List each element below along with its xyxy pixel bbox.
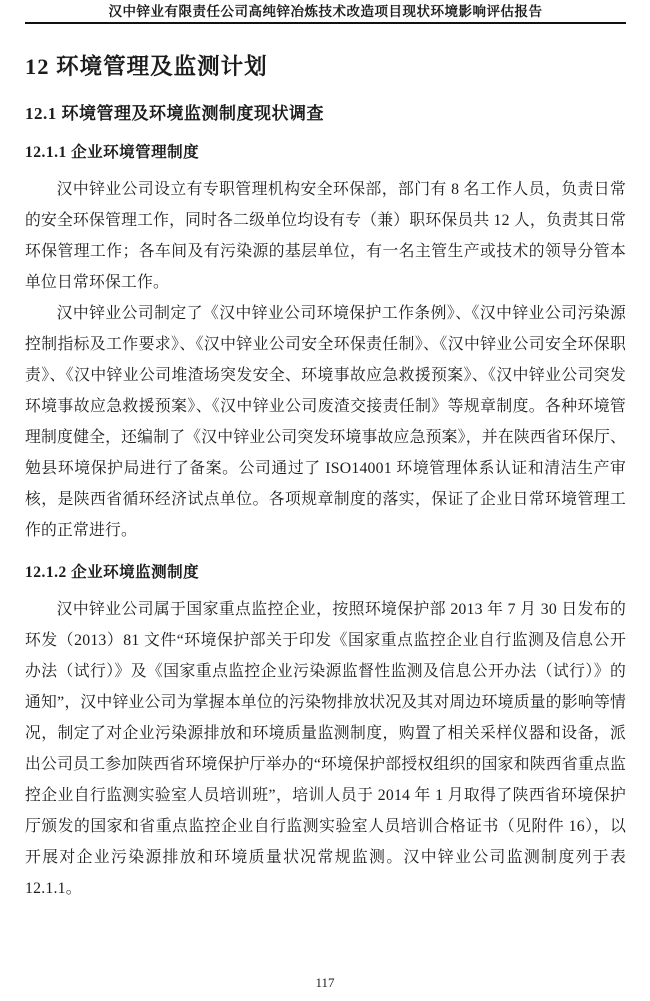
running-header: 汉中锌业有限责任公司高纯锌冶炼技术改造项目现状环境影响评估报告 xyxy=(25,5,626,19)
page-number: 117 xyxy=(0,975,650,991)
document-page: 汉中锌业有限责任公司高纯锌冶炼技术改造项目现状环境影响评估报告 12 环境管理及… xyxy=(0,0,650,1001)
paragraph-management-staff: 汉中锌业公司设立有专职管理机构安全环保部，部门有 8 名工作人员，负责日常的安全… xyxy=(25,174,626,298)
subsection-title-12-1-1: 12.1.1 企业环境管理制度 xyxy=(25,142,626,164)
header-rule xyxy=(25,22,626,24)
paragraph-management-rules: 汉中锌业公司制定了《汉中锌业公司环境保护工作条例》、《汉中锌业公司污染源控制指标… xyxy=(25,298,626,546)
chapter-title: 12 环境管理及监测计划 xyxy=(25,52,626,82)
section-title: 12.1 环境管理及环境监测制度现状调查 xyxy=(25,102,626,126)
paragraph-monitoring-system: 汉中锌业公司属于国家重点监控企业，按照环境保护部 2013 年 7 月 30 日… xyxy=(25,594,626,904)
subsection-title-12-1-2: 12.1.2 企业环境监测制度 xyxy=(25,562,626,584)
